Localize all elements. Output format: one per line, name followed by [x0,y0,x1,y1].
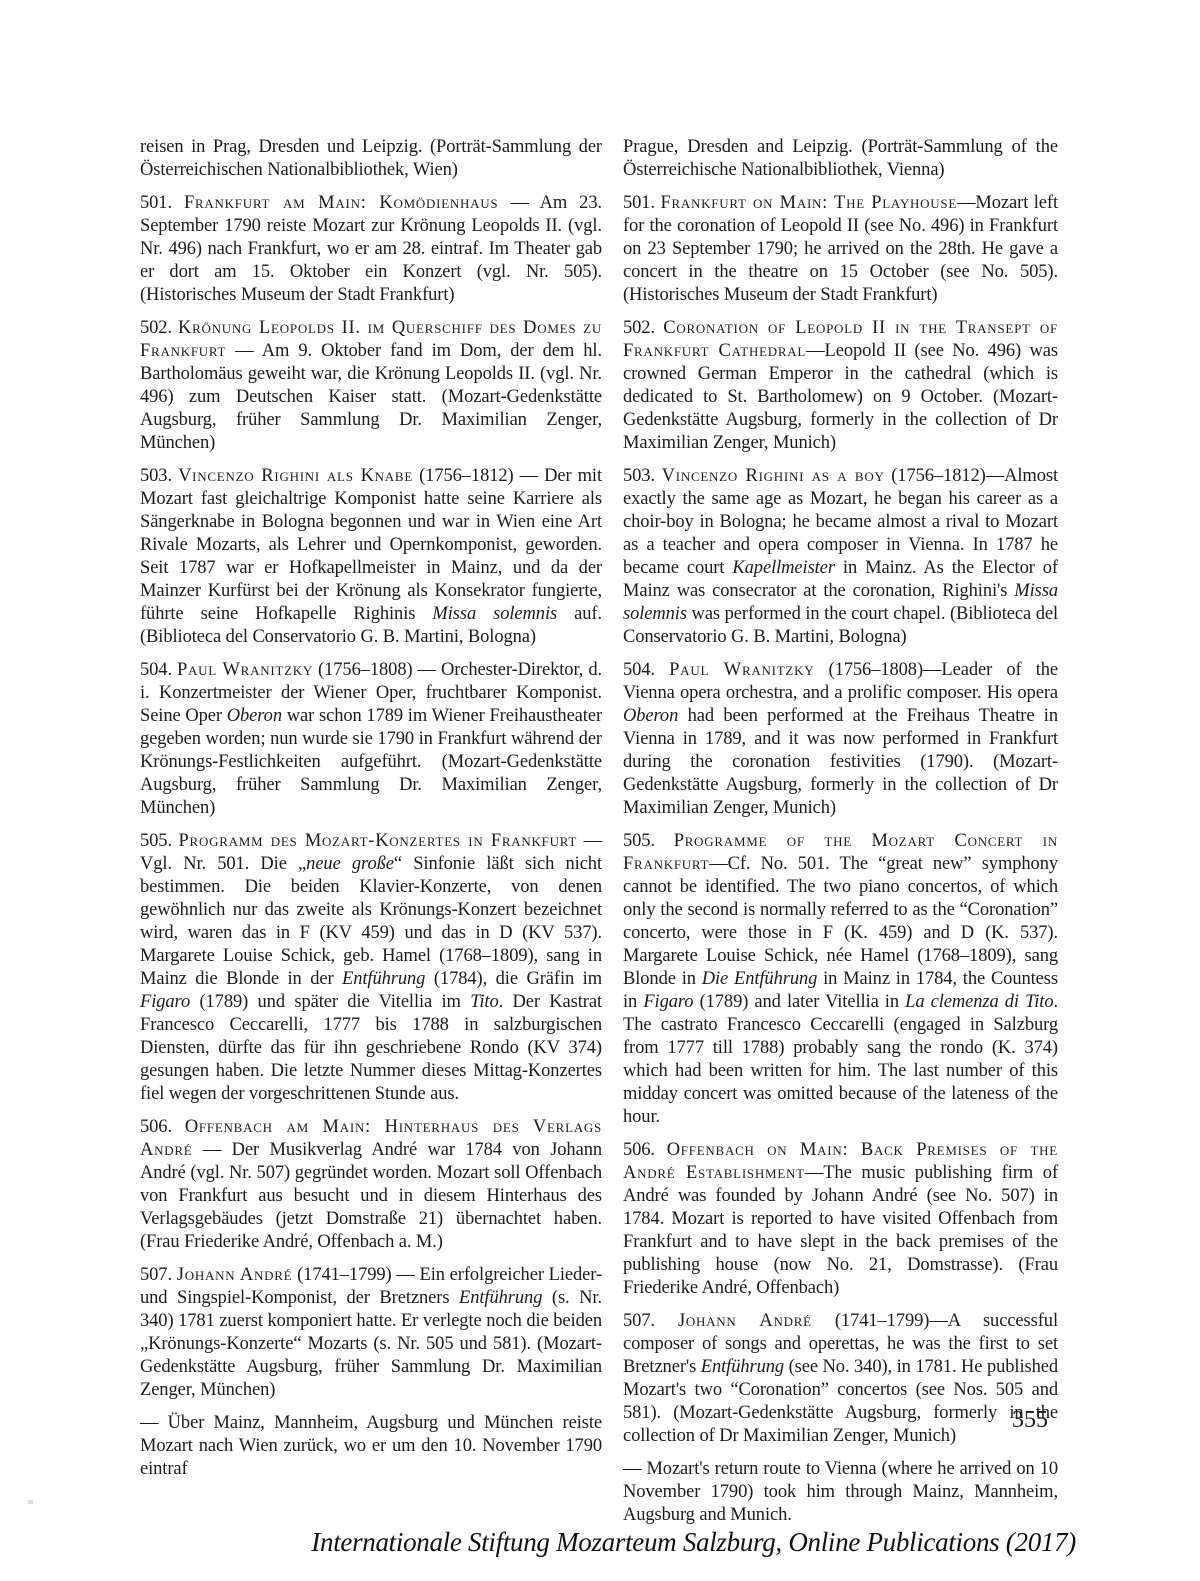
footer-credit: Internationale Stiftung Mozarteum Salzbu… [0,1527,1076,1558]
text-segment: reisen in Prag, Dresden und Leipzig. (Po… [140,137,602,180]
text-segment: 505. [140,831,179,851]
entry-heading: Vincenzo Righini als Knabe [178,466,413,486]
italic-text: Figaro [140,992,190,1012]
text-segment: —The music publishing firm of André was … [623,1163,1058,1298]
text-segment: 502. [623,318,663,338]
entry-heading: Frankfurt am Main: Komödienhaus [184,193,498,213]
italic-text: Entführung [459,1288,542,1308]
text-segment: was performed in the court chapel. (Bibl… [623,604,1058,647]
text-segment: 504. [140,660,177,680]
text-segment: 507. [623,1311,678,1331]
italic-text: Tito [470,992,498,1012]
entry-paragraph: 504. Paul Wranitzky (1756–1808)—Leader o… [623,659,1058,820]
entry-paragraph: 506. Offenbach on Main: Back Premises of… [623,1139,1058,1300]
text-segment: 501. [623,193,660,213]
entry-paragraph: 503. Vincenzo Righini als Knabe (1756–18… [140,465,602,649]
entry-paragraph: 505. Programme of the Mozart Concert in … [623,830,1058,1129]
italic-text: Die Entführung [702,969,818,989]
entry-paragraph: 501. Frankfurt am Main: Komödienhaus — A… [140,192,602,307]
text-segment: 503. [140,466,178,486]
entry-paragraph: 502. Krönung Leopolds II. im Querschiff … [140,317,602,455]
entry-heading: Vincenzo Righini as a boy [662,466,885,486]
german-column: reisen in Prag, Dresden und Leipzig. (Po… [140,136,602,1527]
entry-paragraph: 501. Frankfurt on Main: The Playhouse—Mo… [623,192,1058,307]
entry-paragraph: 507. Johann André (1741–1799) — Ein erfo… [140,1264,602,1402]
entry-heading: Johann André [678,1311,812,1331]
text-segment: 507. [140,1265,177,1285]
italic-text: neue große [306,854,394,874]
entry-heading: Programm des Mozart-Konzertes in Frankfu… [179,831,578,851]
italic-text: La clemenza di Tito [905,992,1053,1012]
text-segment: (1756–1812) — Der mit Mozart fast gleich… [140,466,602,624]
italic-text: Figaro [643,992,693,1012]
text-segment: — Mozart's return route to Vienna (where… [623,1459,1058,1525]
text-segment: had been performed at the Freihaus Theat… [623,706,1058,818]
italic-text: Kapellmeister [732,558,835,578]
italic-text: Oberon [227,706,282,726]
text-segment: 501. [140,193,184,213]
entry-paragraph: Prague, Dresden and Leipzig. (Porträt-Sa… [623,136,1058,182]
entry-paragraph: 506. Offenbach am Main: Hinterhaus des V… [140,1116,602,1254]
text-segment: (1789) and later Vitellia in [693,992,905,1012]
italic-text: Entführung [701,1357,784,1377]
text-segment: (1784), die Gräfin im [425,969,602,989]
entry-paragraph: — Mozart's return route to Vienna (where… [623,1458,1058,1527]
text-segment: (1789) und später die Vitellia im [190,992,470,1012]
italic-text: Oberon [623,706,678,726]
page-number: 355 [0,1406,1048,1434]
text-segment: 504. [623,660,669,680]
content-columns: reisen in Prag, Dresden und Leipzig. (Po… [140,136,1058,1527]
entry-heading: Johann André [177,1265,293,1285]
text-segment: 506. [140,1117,185,1137]
entry-paragraph: 505. Programm des Mozart-Konzertes in Fr… [140,830,602,1106]
entry-paragraph: 502. Coronation of Leopold II in the Tra… [623,317,1058,455]
entry-paragraph: 504. Paul Wranitzky (1756–1808) — Orches… [140,659,602,820]
entry-paragraph: reisen in Prag, Dresden und Leipzig. (Po… [140,136,602,182]
text-segment: . The castrato Francesco Ceccarelli (eng… [623,992,1058,1127]
entry-heading: Paul Wranitzky [669,660,814,680]
text-segment: 503. [623,466,662,486]
text-segment: — Der Musikverlag André war 1784 von Joh… [140,1140,602,1252]
english-column: Prague, Dresden and Leipzig. (Porträt-Sa… [623,136,1058,1527]
scan-artifact [28,1500,33,1504]
italic-text: Entführung [342,969,425,989]
entry-heading: Paul Wranitzky [177,660,313,680]
italic-text: Missa solemnis [432,604,557,624]
text-segment: 502. [140,318,178,338]
entry-paragraph: 503. Vincenzo Righini as a boy (1756–181… [623,465,1058,649]
text-segment: Prague, Dresden and Leipzig. (Porträt-Sa… [623,137,1058,180]
text-segment: 506. [623,1140,667,1160]
text-segment: 505. [623,831,674,851]
entry-heading: Frankfurt on Main: The Playhouse [660,193,957,213]
page: { "page": { "number": "355", "footer": "… [0,0,1200,1581]
